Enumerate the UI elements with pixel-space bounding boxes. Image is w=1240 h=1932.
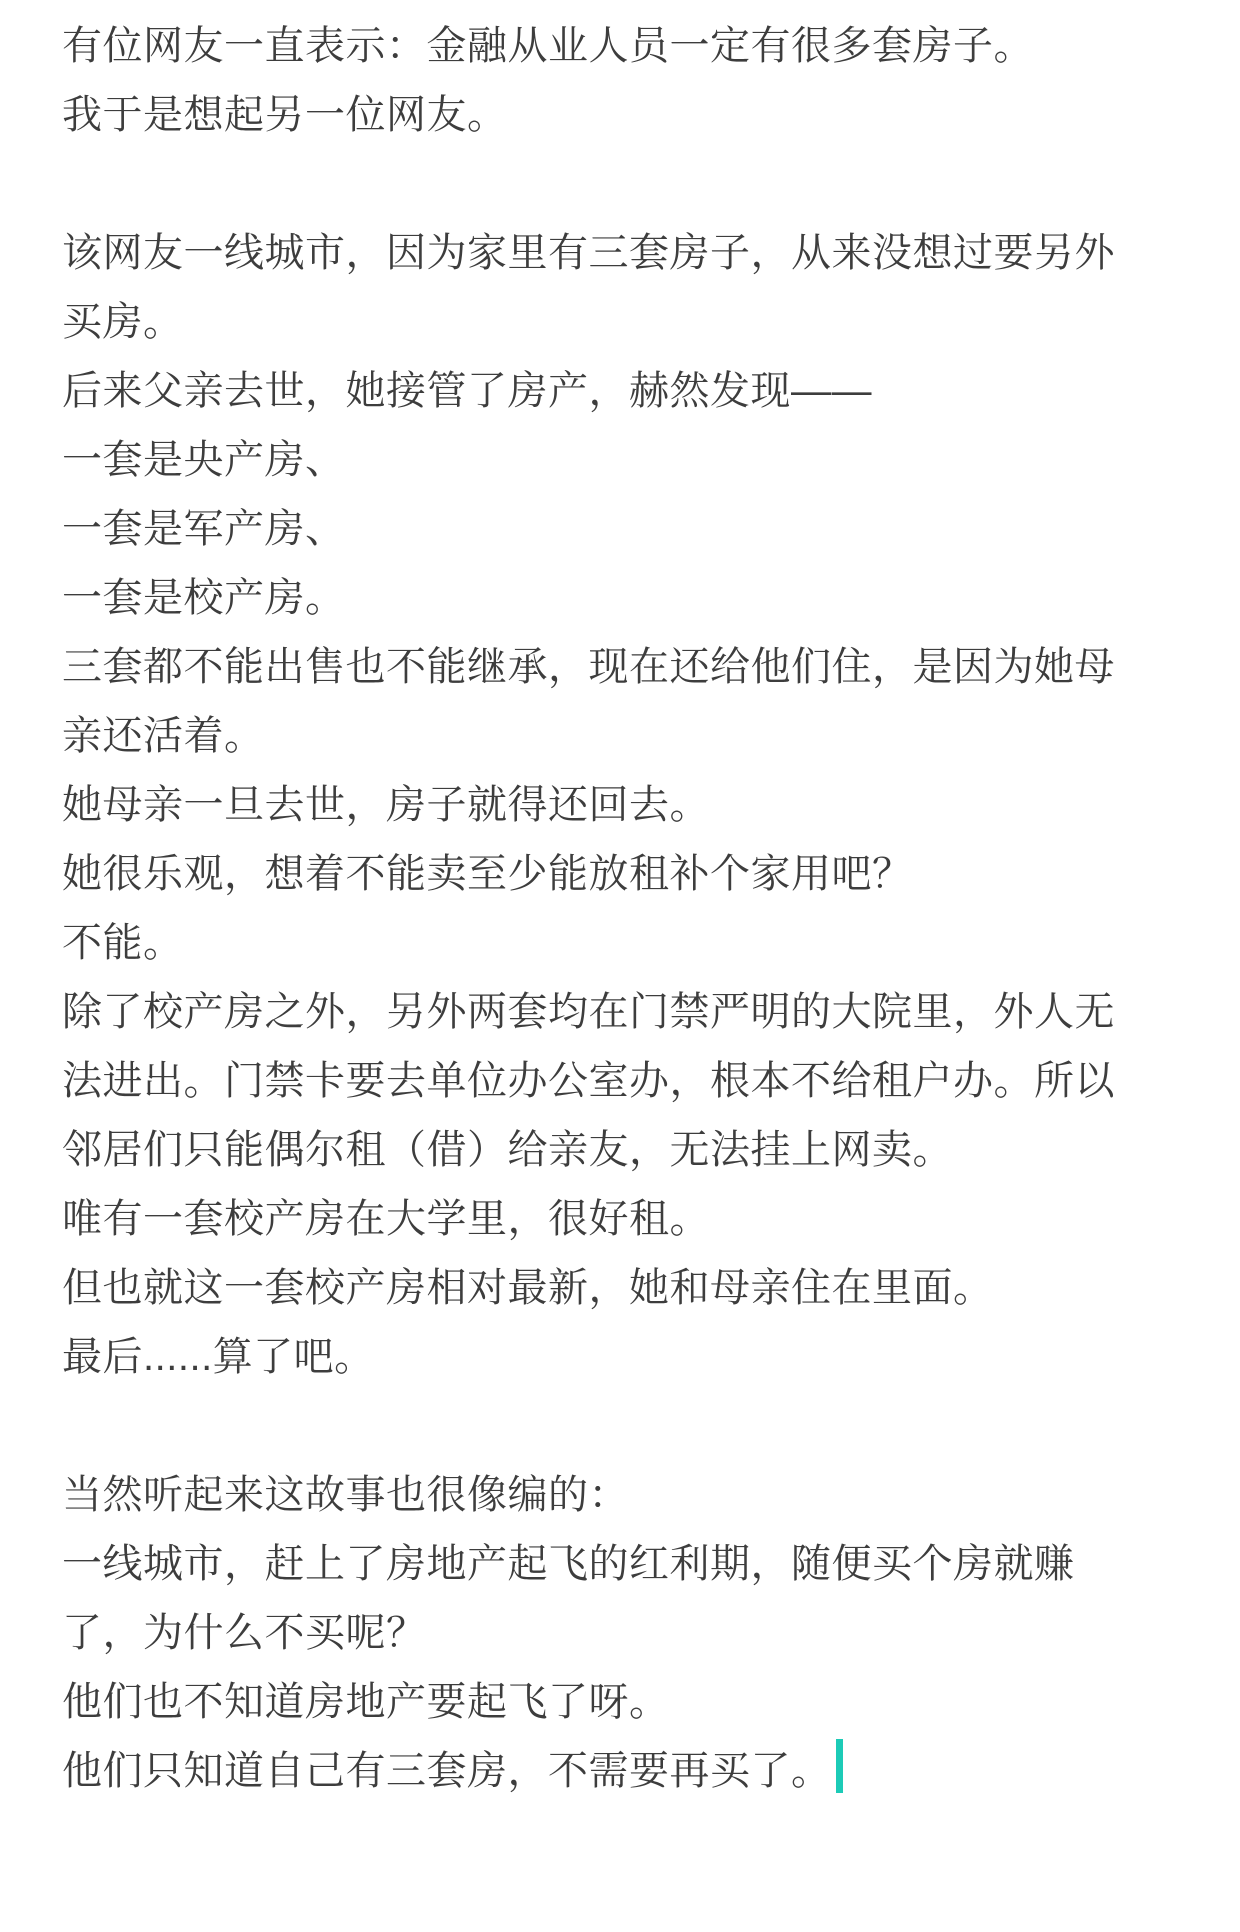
text-line[interactable]: 有位网友一直表示：金融从业人员一定有很多套房子。 [62, 12, 1182, 81]
text-line[interactable]: 他们只知道自己有三套房，不需要再买了。 [62, 1737, 1182, 1806]
text-line[interactable]: 该网友一线城市，因为家里有三套房子，从来没想过要另外 [62, 219, 1182, 288]
text-editor-content[interactable]: 有位网友一直表示：金融从业人员一定有很多套房子。我于是想起另一位网友。该网友一线… [0, 0, 1240, 1806]
text-line[interactable]: 三套都不能出售也不能继承，现在还给他们住，是因为她母 [62, 633, 1182, 702]
text-line[interactable]: 一套是军产房、 [62, 495, 1182, 564]
text-line[interactable]: 最后......算了吧。 [62, 1323, 1182, 1392]
text-line[interactable]: 后来父亲去世，她接管了房产，赫然发现—— [62, 357, 1182, 426]
text-line[interactable]: 了，为什么不买呢？ [62, 1599, 1182, 1668]
text-line[interactable]: 不能。 [62, 909, 1182, 978]
text-line[interactable]: 亲还活着。 [62, 702, 1182, 771]
text-caret [836, 1739, 843, 1793]
blank-line[interactable] [62, 150, 1182, 219]
text-line[interactable]: 买房。 [62, 288, 1182, 357]
text-line[interactable]: 她很乐观，想着不能卖至少能放租补个家用吧？ [62, 840, 1182, 909]
text-line[interactable]: 唯有一套校产房在大学里，很好租。 [62, 1185, 1182, 1254]
text-line[interactable]: 一套是央产房、 [62, 426, 1182, 495]
text-line[interactable]: 除了校产房之外，另外两套均在门禁严明的大院里，外人无 [62, 978, 1182, 1047]
text-line[interactable]: 但也就这一套校产房相对最新，她和母亲住在里面。 [62, 1254, 1182, 1323]
text-line[interactable]: 法进出。门禁卡要去单位办公室办，根本不给租户办。所以 [62, 1047, 1182, 1116]
blank-line[interactable] [62, 1392, 1182, 1461]
text-line[interactable]: 一套是校产房。 [62, 564, 1182, 633]
text-line[interactable]: 他们也不知道房地产要起飞了呀。 [62, 1668, 1182, 1737]
text-line[interactable]: 邻居们只能偶尔租（借）给亲友，无法挂上网卖。 [62, 1116, 1182, 1185]
text-line[interactable]: 一线城市，赶上了房地产起飞的红利期，随便买个房就赚 [62, 1530, 1182, 1599]
text-line[interactable]: 我于是想起另一位网友。 [62, 81, 1182, 150]
text-line[interactable]: 她母亲一旦去世，房子就得还回去。 [62, 771, 1182, 840]
text-line[interactable]: 当然听起来这故事也很像编的： [62, 1461, 1182, 1530]
